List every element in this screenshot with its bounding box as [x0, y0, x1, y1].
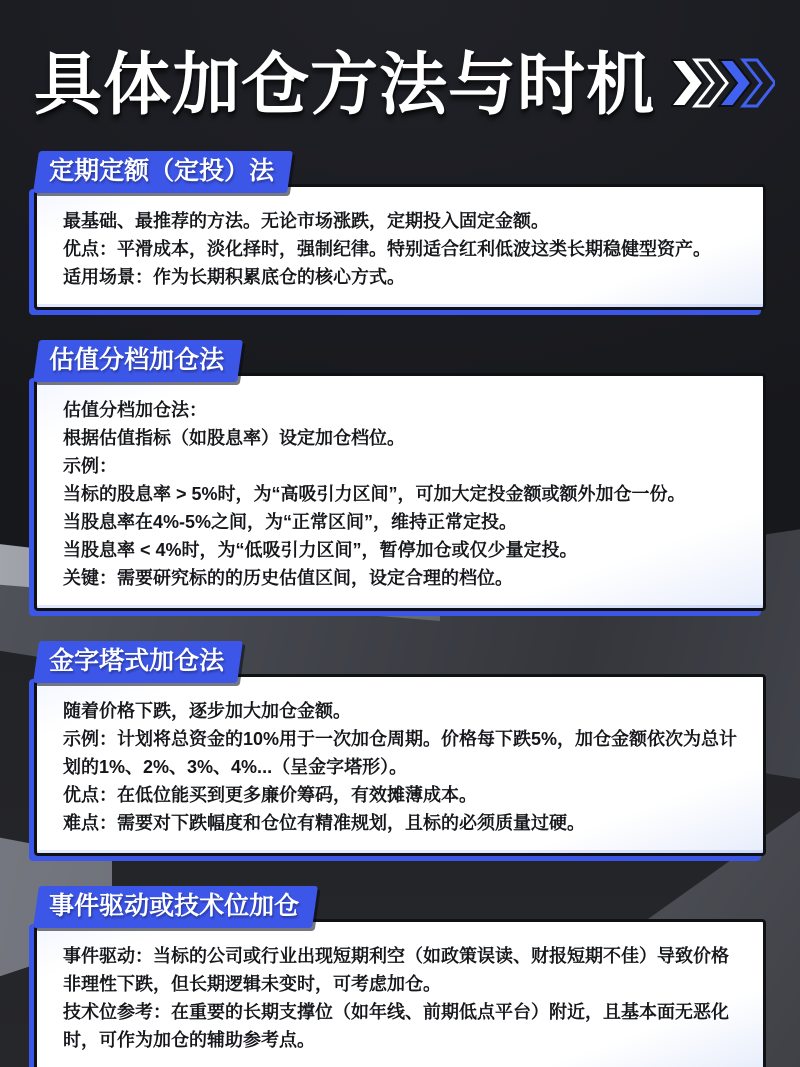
card-line: 技术位参考：在重要的长期支撑位（如年线、前期低点平台）附近，且基本面无恶化时，可…	[63, 998, 739, 1054]
section-valuation-tier: 估值分档加仓法 估值分档加仓法： 根据估值指标（如股息率）设定加仓档位。 示例：…	[34, 340, 766, 611]
section-badge-label: 金字塔式加仓法	[49, 646, 224, 676]
section-badge-label: 事件驱动或技术位加仓	[49, 891, 299, 921]
card-line: 最基础、最推荐的方法。无论市场涨跌，定期投入固定金额。	[63, 207, 739, 235]
section-card: 事件驱动：当标的公司或行业出现短期利空（如政策误读、财报短期不佳）导致价格非理性…	[34, 919, 766, 1067]
double-chevron-right-icon	[671, 56, 775, 115]
card-line: 当标的股息率 > 5%时，为“高吸引力区间”，可加大定投金额或额外加仓一份。	[63, 480, 739, 508]
section-badge: 事件驱动或技术位加仓	[33, 886, 318, 928]
section-badge: 估值分档加仓法	[33, 340, 243, 382]
card-line: 示例：	[63, 452, 739, 480]
section-event-technical: 事件驱动或技术位加仓 事件驱动：当标的公司或行业出现短期利空（如政策误读、财报短…	[34, 886, 766, 1067]
card-line: 难点：需要对下跌幅度和仓位有精准规划，且标的必须质量过硬。	[63, 809, 739, 837]
section-pyramid: 金字塔式加仓法 随着价格下跌，逐步加大加仓金额。 示例：计划将总资金的10%用于…	[34, 641, 766, 856]
card-line: 示例：计划将总资金的10%用于一次加仓周期。价格每下跌5%，加仓金额依次为总计划…	[63, 725, 739, 781]
card-line: 根据估值指标（如股息率）设定加仓档位。	[63, 424, 739, 452]
card-line: 估值分档加仓法：	[63, 396, 739, 424]
page-title: 具体加仓方法与时机	[34, 50, 655, 121]
card-line: 适用场景：作为长期积累底仓的核心方式。	[63, 263, 739, 291]
section-badge-label: 估值分档加仓法	[49, 345, 224, 375]
section-card: 估值分档加仓法： 根据估值指标（如股息率）设定加仓档位。 示例： 当标的股息率 …	[34, 373, 766, 611]
section-badge-label: 定期定额（定投）法	[49, 156, 274, 186]
infographic-page: 具体加仓方法与时机 定期定额（定投）法 最基础、最推荐的方法。无论市场涨跌，定期…	[0, 0, 800, 1067]
section-card: 随着价格下跌，逐步加大加仓金额。 示例：计划将总资金的10%用于一次加仓周期。价…	[34, 674, 766, 856]
section-badge: 金字塔式加仓法	[33, 641, 243, 683]
card-line: 优点：平滑成本，淡化择时，强制纪律。特别适合红利低波这类长期稳健型资产。	[63, 235, 739, 263]
card-line: 当股息率 < 4%时，为“低吸引力区间”，暂停加仓或仅少量定投。	[63, 536, 739, 564]
section-card: 最基础、最推荐的方法。无论市场涨跌，定期投入固定金额。 优点：平滑成本，淡化择时…	[34, 184, 766, 310]
card-line: 随着价格下跌，逐步加大加仓金额。	[63, 697, 739, 725]
section-badge: 定期定额（定投）法	[33, 151, 293, 193]
card-line: 优点：在低位能买到更多廉价筹码，有效摊薄成本。	[63, 781, 739, 809]
title-row: 具体加仓方法与时机	[34, 0, 766, 121]
section-regular-fixed-investment: 定期定额（定投）法 最基础、最推荐的方法。无论市场涨跌，定期投入固定金额。 优点…	[34, 151, 766, 310]
card-line: 当股息率在4%-5%之间，为“正常区间”，维持正常定投。	[63, 508, 739, 536]
card-line: 事件驱动：当标的公司或行业出现短期利空（如政策误读、财报短期不佳）导致价格非理性…	[63, 942, 739, 998]
card-line: 关键：需要研究标的的历史估值区间，设定合理的档位。	[63, 564, 739, 592]
